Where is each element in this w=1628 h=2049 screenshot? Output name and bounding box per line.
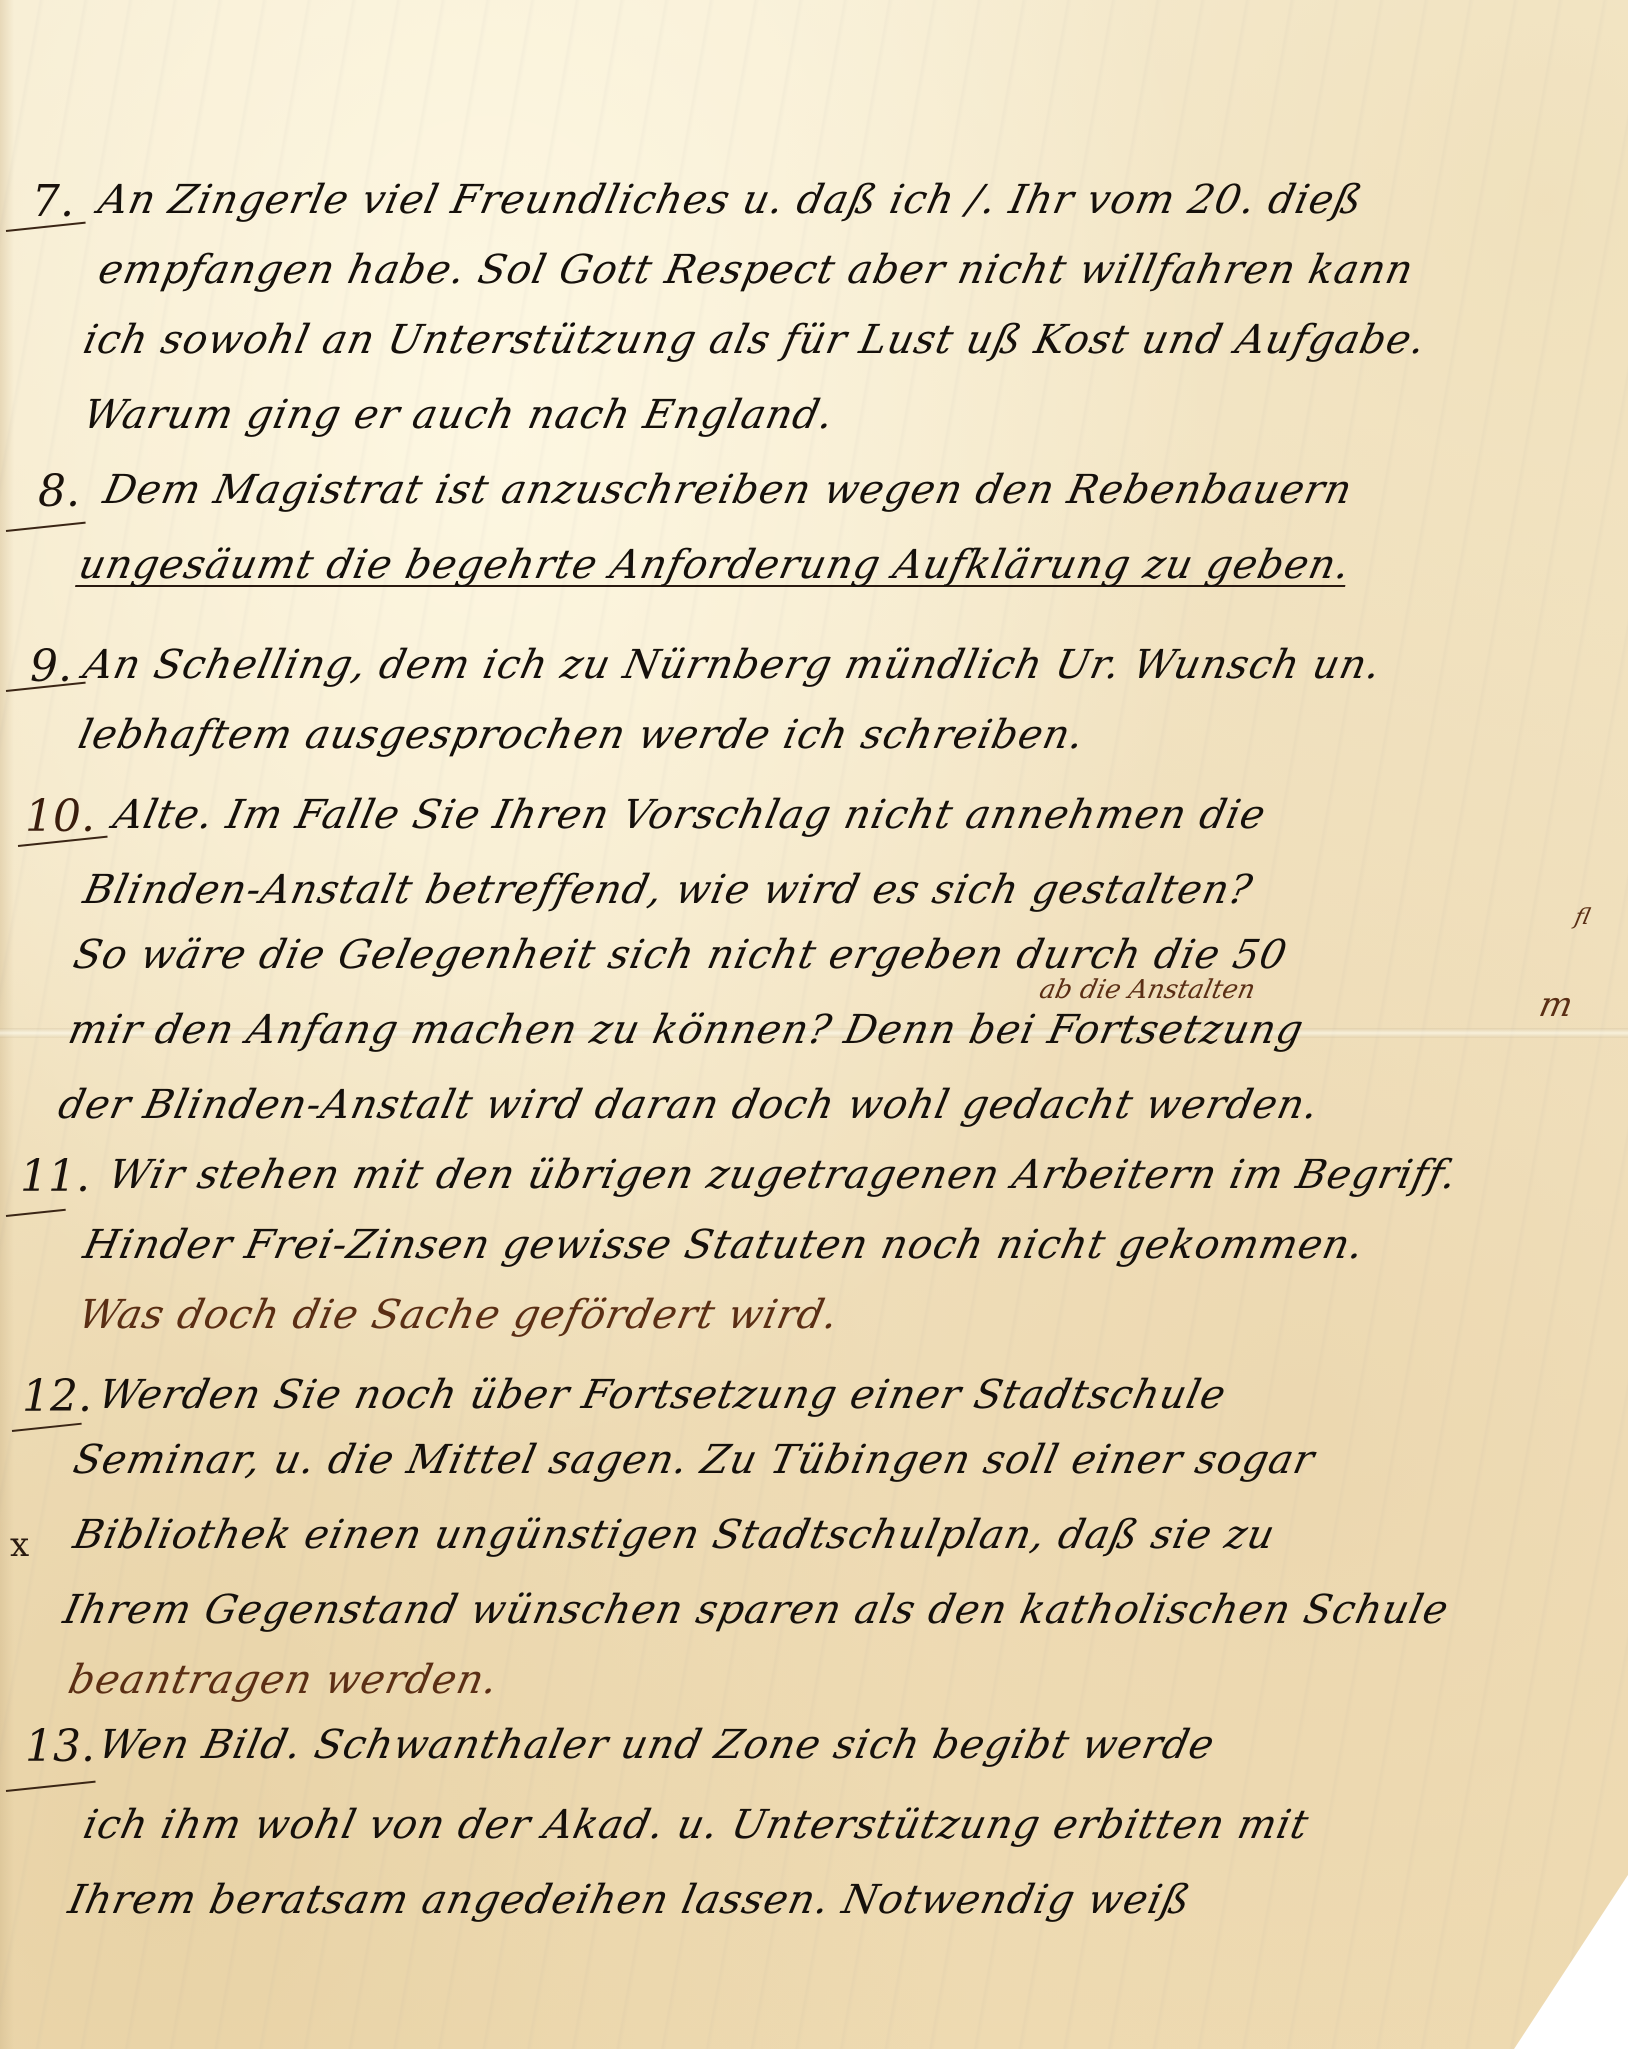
- text-line: Ihrem Gegenstand wünschen sparen als den…: [60, 1590, 1452, 1630]
- text-line: beantragen werden.: [65, 1660, 502, 1700]
- interlinear-insertion: fl: [1572, 905, 1592, 930]
- text-line: lebhaftem ausgesprochen werde ich schrei…: [75, 715, 1088, 755]
- text-line: ungesäumt die begehrte Anforderung Aufkl…: [75, 545, 1354, 587]
- item-number: 13.: [25, 1725, 95, 1769]
- text-line: An Zingerle viel Freundliches u. daß ich…: [95, 180, 1366, 220]
- item-number: 11.: [20, 1155, 90, 1199]
- number-mark: [12, 1423, 82, 1432]
- margin-cross-mark: x: [10, 1525, 29, 1565]
- text-line: Wen Bild. Schwanthaler und Zone sich beg…: [95, 1725, 1218, 1765]
- number-mark: [6, 1781, 96, 1792]
- text-line: Ihrem beratsam angedeihen lassen. Notwen…: [65, 1880, 1194, 1920]
- paper-sheet: 7. An Zingerle viel Freundliches u. daß …: [0, 0, 1628, 2049]
- text-line: Bibliothek einen ungünstigen Stadtschulp…: [70, 1515, 1279, 1555]
- text-line: Hinder Frei-Zinsen gewisse Statuten noch…: [80, 1225, 1368, 1265]
- text-line: der Blinden-Anstalt wird daran doch wohl…: [55, 1085, 1323, 1125]
- text-line: Warum ging er auch nach England.: [80, 395, 838, 435]
- item-number: 9.: [30, 645, 72, 689]
- interlinear-insertion: m: [1536, 985, 1577, 1025]
- text-line: Alte. Im Falle Sie Ihren Vorschlag nicht…: [110, 795, 1270, 835]
- text-line: An Schelling, dem ich zu Nürnberg mündli…: [80, 645, 1385, 685]
- text-line: Wir stehen mit den übrigen zugetragenen …: [105, 1155, 1461, 1195]
- text-line: Werden Sie noch über Fortsetzung einer S…: [95, 1375, 1230, 1415]
- number-mark: [6, 1209, 66, 1217]
- item-number: 8.: [38, 470, 80, 514]
- text-line: empfangen habe. Sol Gott Respect aber ni…: [95, 250, 1417, 290]
- number-mark: [6, 522, 86, 532]
- text-line: Was doch die Sache gefördert wird.: [75, 1295, 842, 1335]
- interlinear-insertion: ab die Anstalten: [1037, 975, 1258, 1005]
- text-line: Dem Magistrat ist anzuschreiben wegen de…: [100, 470, 1356, 510]
- text-line: mir den Anfang machen zu können? Denn be…: [65, 1010, 1307, 1050]
- text-line: ich ihm wohl von der Akad. u. Unterstütz…: [80, 1805, 1312, 1845]
- letter-body: 7. An Zingerle viel Freundliches u. daß …: [0, 0, 1628, 2049]
- text-line: So wäre die Gelegenheit sich nicht ergeb…: [70, 935, 1291, 975]
- item-number: 10.: [25, 795, 95, 839]
- item-number: 12.: [22, 1375, 92, 1419]
- text-line: Blinden-Anstalt betreffend, wie wird es …: [80, 870, 1256, 910]
- item-number: 7.: [32, 180, 74, 224]
- text-line: Seminar, u. die Mittel sagen. Zu Tübinge…: [70, 1440, 1318, 1480]
- text-line: ich sowohl an Unterstützung als für Lust…: [80, 320, 1429, 360]
